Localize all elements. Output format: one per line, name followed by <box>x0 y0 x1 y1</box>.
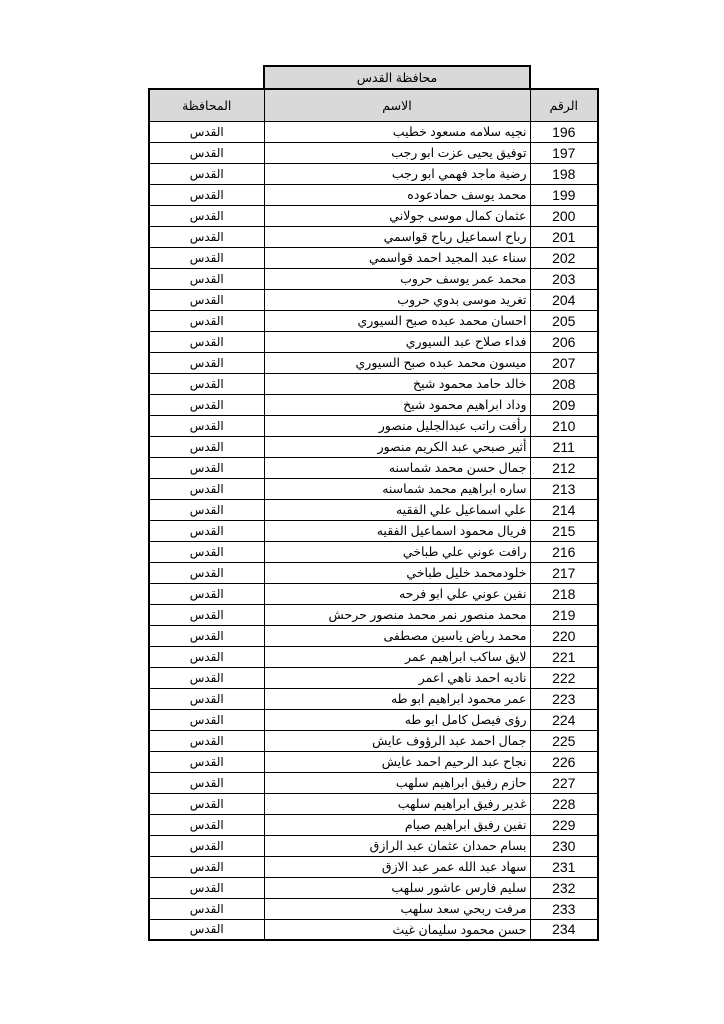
table-body: 196نجيه سلامه مسعود خطيبالقدس197توفيق يح… <box>149 121 598 940</box>
table-row: 214علي اسماعيل علي الفقيهالقدس <box>149 499 598 520</box>
row-number-cell: 228 <box>530 793 598 814</box>
row-governorate-cell: القدس <box>149 373 264 394</box>
title-row: محافظة القدس <box>149 66 598 89</box>
table-row: 229نفين رفيق ابراهيم صيامالقدس <box>149 814 598 835</box>
row-name-cell: جمال احمد عبد الرؤوف عايش <box>264 730 530 751</box>
table-row: 216رافت عوني علي طباخيالقدس <box>149 541 598 562</box>
column-header-row: الرقم الاسم المحافظة <box>149 89 598 121</box>
row-governorate-cell: القدس <box>149 730 264 751</box>
row-number-cell: 203 <box>530 268 598 289</box>
row-governorate-cell: القدس <box>149 247 264 268</box>
table-row: 222ناديه احمد ناهي اعمرالقدس <box>149 667 598 688</box>
table-row: 230بسام حمدان عثمان عبد الرازقالقدس <box>149 835 598 856</box>
row-name-cell: حازم رفيق ابراهيم سلهب <box>264 772 530 793</box>
row-number-cell: 211 <box>530 436 598 457</box>
table-row: 199محمد يوسف حمادعودهالقدس <box>149 184 598 205</box>
row-name-cell: فريال محمود اسماعيل الفقيه <box>264 520 530 541</box>
row-name-cell: سليم فارس عاشور سلهب <box>264 877 530 898</box>
column-header-governorate: المحافظة <box>149 89 264 121</box>
row-name-cell: تغريد موسى بدوي حروب <box>264 289 530 310</box>
row-governorate-cell: القدس <box>149 814 264 835</box>
row-number-cell: 216 <box>530 541 598 562</box>
title-spacer-right <box>530 66 598 89</box>
table-title: محافظة القدس <box>264 66 530 89</box>
roster-table: محافظة القدس الرقم الاسم المحافظة 196نجي… <box>148 65 599 941</box>
row-governorate-cell: القدس <box>149 856 264 877</box>
table-row: 228غدير رفيق ابراهيم سلهبالقدس <box>149 793 598 814</box>
row-number-cell: 224 <box>530 709 598 730</box>
table-row: 224رؤى فيصل كامل ابو طهالقدس <box>149 709 598 730</box>
row-name-cell: احسان محمد عبده صبح السيوري <box>264 310 530 331</box>
row-name-cell: سناء عبد المجيد احمد قواسمي <box>264 247 530 268</box>
row-number-cell: 226 <box>530 751 598 772</box>
row-name-cell: رافت عوني علي طباخي <box>264 541 530 562</box>
table-row: 232سليم فارس عاشور سلهبالقدس <box>149 877 598 898</box>
row-governorate-cell: القدس <box>149 751 264 772</box>
row-name-cell: مرفت ربحي سعد سلهب <box>264 898 530 919</box>
table-row: 200عثمان كمال موسى جولانيالقدس <box>149 205 598 226</box>
table-row: 198رضية ماجد فهمي ابو رجبالقدس <box>149 163 598 184</box>
row-number-cell: 222 <box>530 667 598 688</box>
row-governorate-cell: القدس <box>149 877 264 898</box>
table-row: 220محمد رياض ياسين مصطفىالقدس <box>149 625 598 646</box>
table-head: محافظة القدس الرقم الاسم المحافظة <box>149 66 598 121</box>
row-name-cell: حسن محمود سليمان غيث <box>264 919 530 940</box>
row-governorate-cell: القدس <box>149 793 264 814</box>
row-number-cell: 230 <box>530 835 598 856</box>
row-number-cell: 200 <box>530 205 598 226</box>
row-governorate-cell: القدس <box>149 562 264 583</box>
row-number-cell: 196 <box>530 121 598 142</box>
row-governorate-cell: القدس <box>149 331 264 352</box>
row-governorate-cell: القدس <box>149 499 264 520</box>
row-number-cell: 197 <box>530 142 598 163</box>
row-governorate-cell: القدس <box>149 688 264 709</box>
row-name-cell: سهاد عبد الله عمر عبد الازق <box>264 856 530 877</box>
row-name-cell: محمد منصور نمر محمد منصور حرحش <box>264 604 530 625</box>
row-number-cell: 213 <box>530 478 598 499</box>
row-name-cell: رؤى فيصل كامل ابو طه <box>264 709 530 730</box>
row-governorate-cell: القدس <box>149 289 264 310</box>
row-governorate-cell: القدس <box>149 415 264 436</box>
table-row: 227حازم رفيق ابراهيم سلهبالقدس <box>149 772 598 793</box>
row-name-cell: لايق ساكب ابراهيم عمر <box>264 646 530 667</box>
table-row: 209وداد ابراهيم محمود شيخالقدس <box>149 394 598 415</box>
table-row: 203محمد عمر يوسف حروبالقدس <box>149 268 598 289</box>
column-header-number: الرقم <box>530 89 598 121</box>
row-governorate-cell: القدس <box>149 394 264 415</box>
row-number-cell: 219 <box>530 604 598 625</box>
row-number-cell: 227 <box>530 772 598 793</box>
row-name-cell: رضية ماجد فهمي ابو رجب <box>264 163 530 184</box>
table-row: 208خالد حامد محمود شيخالقدس <box>149 373 598 394</box>
row-number-cell: 217 <box>530 562 598 583</box>
row-name-cell: أثير صبحي عبد الكريم منصور <box>264 436 530 457</box>
table-row: 218نفين عوني علي ابو فرحهالقدس <box>149 583 598 604</box>
row-number-cell: 204 <box>530 289 598 310</box>
row-number-cell: 218 <box>530 583 598 604</box>
row-name-cell: نجاح عبد الرحيم احمد عايش <box>264 751 530 772</box>
row-governorate-cell: القدس <box>149 667 264 688</box>
row-governorate-cell: القدس <box>149 184 264 205</box>
row-governorate-cell: القدس <box>149 646 264 667</box>
row-name-cell: رأفت راتب عبدالجليل منصور <box>264 415 530 436</box>
table-row: 210رأفت راتب عبدالجليل منصورالقدس <box>149 415 598 436</box>
table-row: 223عمر محمود ابراهيم ابو طهالقدس <box>149 688 598 709</box>
row-number-cell: 233 <box>530 898 598 919</box>
row-number-cell: 209 <box>530 394 598 415</box>
table-row: 204تغريد موسى بدوي حروبالقدس <box>149 289 598 310</box>
row-governorate-cell: القدس <box>149 604 264 625</box>
row-number-cell: 215 <box>530 520 598 541</box>
table-row: 196نجيه سلامه مسعود خطيبالقدس <box>149 121 598 142</box>
row-number-cell: 208 <box>530 373 598 394</box>
row-name-cell: محمد يوسف حمادعوده <box>264 184 530 205</box>
row-number-cell: 234 <box>530 919 598 940</box>
table-row: 226نجاح عبد الرحيم احمد عايشالقدس <box>149 751 598 772</box>
document-page: محافظة القدس الرقم الاسم المحافظة 196نجي… <box>0 0 724 1024</box>
row-name-cell: علي اسماعيل علي الفقيه <box>264 499 530 520</box>
row-governorate-cell: القدس <box>149 457 264 478</box>
row-number-cell: 231 <box>530 856 598 877</box>
row-name-cell: ناديه احمد ناهي اعمر <box>264 667 530 688</box>
row-name-cell: رباح اسماعيل رباح قواسمي <box>264 226 530 247</box>
row-governorate-cell: القدس <box>149 142 264 163</box>
table-row: 212جمال حسن محمد شماسنهالقدس <box>149 457 598 478</box>
row-number-cell: 223 <box>530 688 598 709</box>
row-governorate-cell: القدس <box>149 436 264 457</box>
row-name-cell: عمر محمود ابراهيم ابو طه <box>264 688 530 709</box>
row-number-cell: 212 <box>530 457 598 478</box>
table-row: 197توفيق يحيى عزت ابو رجبالقدس <box>149 142 598 163</box>
row-governorate-cell: القدس <box>149 583 264 604</box>
table-row: 201رباح اسماعيل رباح قواسميالقدس <box>149 226 598 247</box>
row-name-cell: محمد رياض ياسين مصطفى <box>264 625 530 646</box>
row-name-cell: ساره ابراهيم محمد شماسنه <box>264 478 530 499</box>
table-row: 207ميسون محمد عبده صبح السيوريالقدس <box>149 352 598 373</box>
row-governorate-cell: القدس <box>149 919 264 940</box>
row-number-cell: 202 <box>530 247 598 268</box>
row-number-cell: 225 <box>530 730 598 751</box>
row-governorate-cell: القدس <box>149 310 264 331</box>
title-spacer-left <box>149 66 264 89</box>
row-governorate-cell: القدس <box>149 709 264 730</box>
table-row: 206فداء صلاح عبد السيوريالقدس <box>149 331 598 352</box>
row-governorate-cell: القدس <box>149 121 264 142</box>
table-row: 211أثير صبحي عبد الكريم منصورالقدس <box>149 436 598 457</box>
row-governorate-cell: القدس <box>149 205 264 226</box>
row-name-cell: بسام حمدان عثمان عبد الرازق <box>264 835 530 856</box>
row-number-cell: 210 <box>530 415 598 436</box>
table-row: 225جمال احمد عبد الرؤوف عايشالقدس <box>149 730 598 751</box>
row-name-cell: عثمان كمال موسى جولاني <box>264 205 530 226</box>
table-row: 205احسان محمد عبده صبح السيوريالقدس <box>149 310 598 331</box>
row-name-cell: محمد عمر يوسف حروب <box>264 268 530 289</box>
row-governorate-cell: القدس <box>149 772 264 793</box>
row-number-cell: 229 <box>530 814 598 835</box>
row-governorate-cell: القدس <box>149 163 264 184</box>
row-number-cell: 221 <box>530 646 598 667</box>
row-number-cell: 220 <box>530 625 598 646</box>
row-name-cell: غدير رفيق ابراهيم سلهب <box>264 793 530 814</box>
row-number-cell: 198 <box>530 163 598 184</box>
row-governorate-cell: القدس <box>149 226 264 247</box>
row-name-cell: نجيه سلامه مسعود خطيب <box>264 121 530 142</box>
table-row: 234حسن محمود سليمان غيثالقدس <box>149 919 598 940</box>
row-number-cell: 199 <box>530 184 598 205</box>
row-name-cell: خلودمحمد خليل طباخي <box>264 562 530 583</box>
row-name-cell: فداء صلاح عبد السيوري <box>264 331 530 352</box>
row-name-cell: جمال حسن محمد شماسنه <box>264 457 530 478</box>
row-number-cell: 201 <box>530 226 598 247</box>
table-row: 233مرفت ربحي سعد سلهبالقدس <box>149 898 598 919</box>
table-row: 219محمد منصور نمر محمد منصور حرحشالقدس <box>149 604 598 625</box>
table-row: 221لايق ساكب ابراهيم عمرالقدس <box>149 646 598 667</box>
row-governorate-cell: القدس <box>149 898 264 919</box>
row-governorate-cell: القدس <box>149 478 264 499</box>
row-governorate-cell: القدس <box>149 625 264 646</box>
row-number-cell: 214 <box>530 499 598 520</box>
table-row: 213ساره ابراهيم محمد شماسنهالقدس <box>149 478 598 499</box>
row-number-cell: 232 <box>530 877 598 898</box>
table-row: 217خلودمحمد خليل طباخيالقدس <box>149 562 598 583</box>
column-header-name: الاسم <box>264 89 530 121</box>
row-governorate-cell: القدس <box>149 835 264 856</box>
row-governorate-cell: القدس <box>149 520 264 541</box>
row-name-cell: نفين عوني علي ابو فرحه <box>264 583 530 604</box>
table-row: 202سناء عبد المجيد احمد قواسميالقدس <box>149 247 598 268</box>
row-governorate-cell: القدس <box>149 352 264 373</box>
row-governorate-cell: القدس <box>149 268 264 289</box>
row-number-cell: 206 <box>530 331 598 352</box>
row-name-cell: خالد حامد محمود شيخ <box>264 373 530 394</box>
row-name-cell: نفين رفيق ابراهيم صيام <box>264 814 530 835</box>
row-name-cell: توفيق يحيى عزت ابو رجب <box>264 142 530 163</box>
table-row: 215فريال محمود اسماعيل الفقيهالقدس <box>149 520 598 541</box>
row-name-cell: وداد ابراهيم محمود شيخ <box>264 394 530 415</box>
row-name-cell: ميسون محمد عبده صبح السيوري <box>264 352 530 373</box>
row-number-cell: 205 <box>530 310 598 331</box>
table-row: 231سهاد عبد الله عمر عبد الازقالقدس <box>149 856 598 877</box>
row-governorate-cell: القدس <box>149 541 264 562</box>
row-number-cell: 207 <box>530 352 598 373</box>
